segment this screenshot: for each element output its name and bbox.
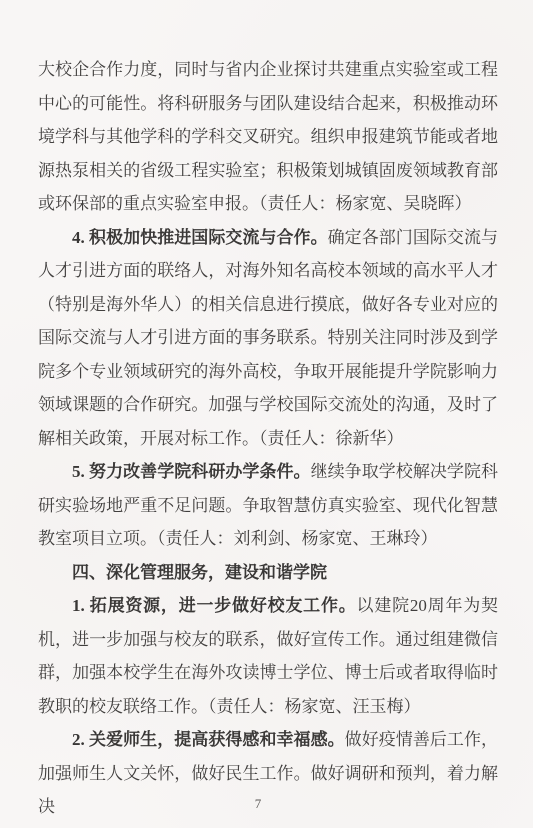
document-text-block: 大校企合作力度，同时与省内企业探讨共建重点实验室或工程中心的可能性。将科研服务与…: [38, 53, 498, 824]
page-number: 7: [255, 796, 262, 811]
body-text-run: 大校企合作力度，同时与省内企业探讨共建重点实验室或工程中心的可能性。将科研服务与…: [38, 60, 498, 213]
para-item-5: 5. 努力改善学院科研办学条件。继续争取学校解决学院科研实验场地严重不足问题。争…: [38, 455, 498, 556]
emphasis-text-run: 2. 关爱师生，提高获得感和幸福感。: [72, 730, 345, 749]
para-item-4: 4. 积极加快推进国际交流与合作。确定各部门国际交流与人才引进方面的联络人，对海…: [38, 221, 498, 456]
scanned-document-page: 大校企合作力度，同时与省内企业探讨共建重点实验室或工程中心的可能性。将科研服务与…: [0, 0, 533, 828]
body-text-run: 确定各部门国际交流与人才引进方面的联络人，对海外知名高校本领域的高水平人才（特别…: [38, 228, 498, 448]
emphasis-text-run: 1. 拓展资源，进一步做好校友工作。: [72, 596, 357, 615]
emphasis-text-run: 4. 积极加快推进国际交流与合作。: [72, 228, 328, 247]
para-item-1: 1. 拓展资源，进一步做好校友工作。以建院20周年为契机，进一步加强与校友的联系…: [38, 589, 498, 723]
emphasis-text-run: 5. 努力改善学院科研办学条件。: [72, 462, 311, 481]
emphasis-text-run: 四、深化管理服务，建设和谐学院: [72, 563, 327, 582]
para-section-heading-4: 四、深化管理服务，建设和谐学院: [38, 556, 498, 590]
page-footer: 7: [0, 795, 516, 813]
para-continuation: 大校企合作力度，同时与省内企业探讨共建重点实验室或工程中心的可能性。将科研服务与…: [38, 53, 498, 221]
